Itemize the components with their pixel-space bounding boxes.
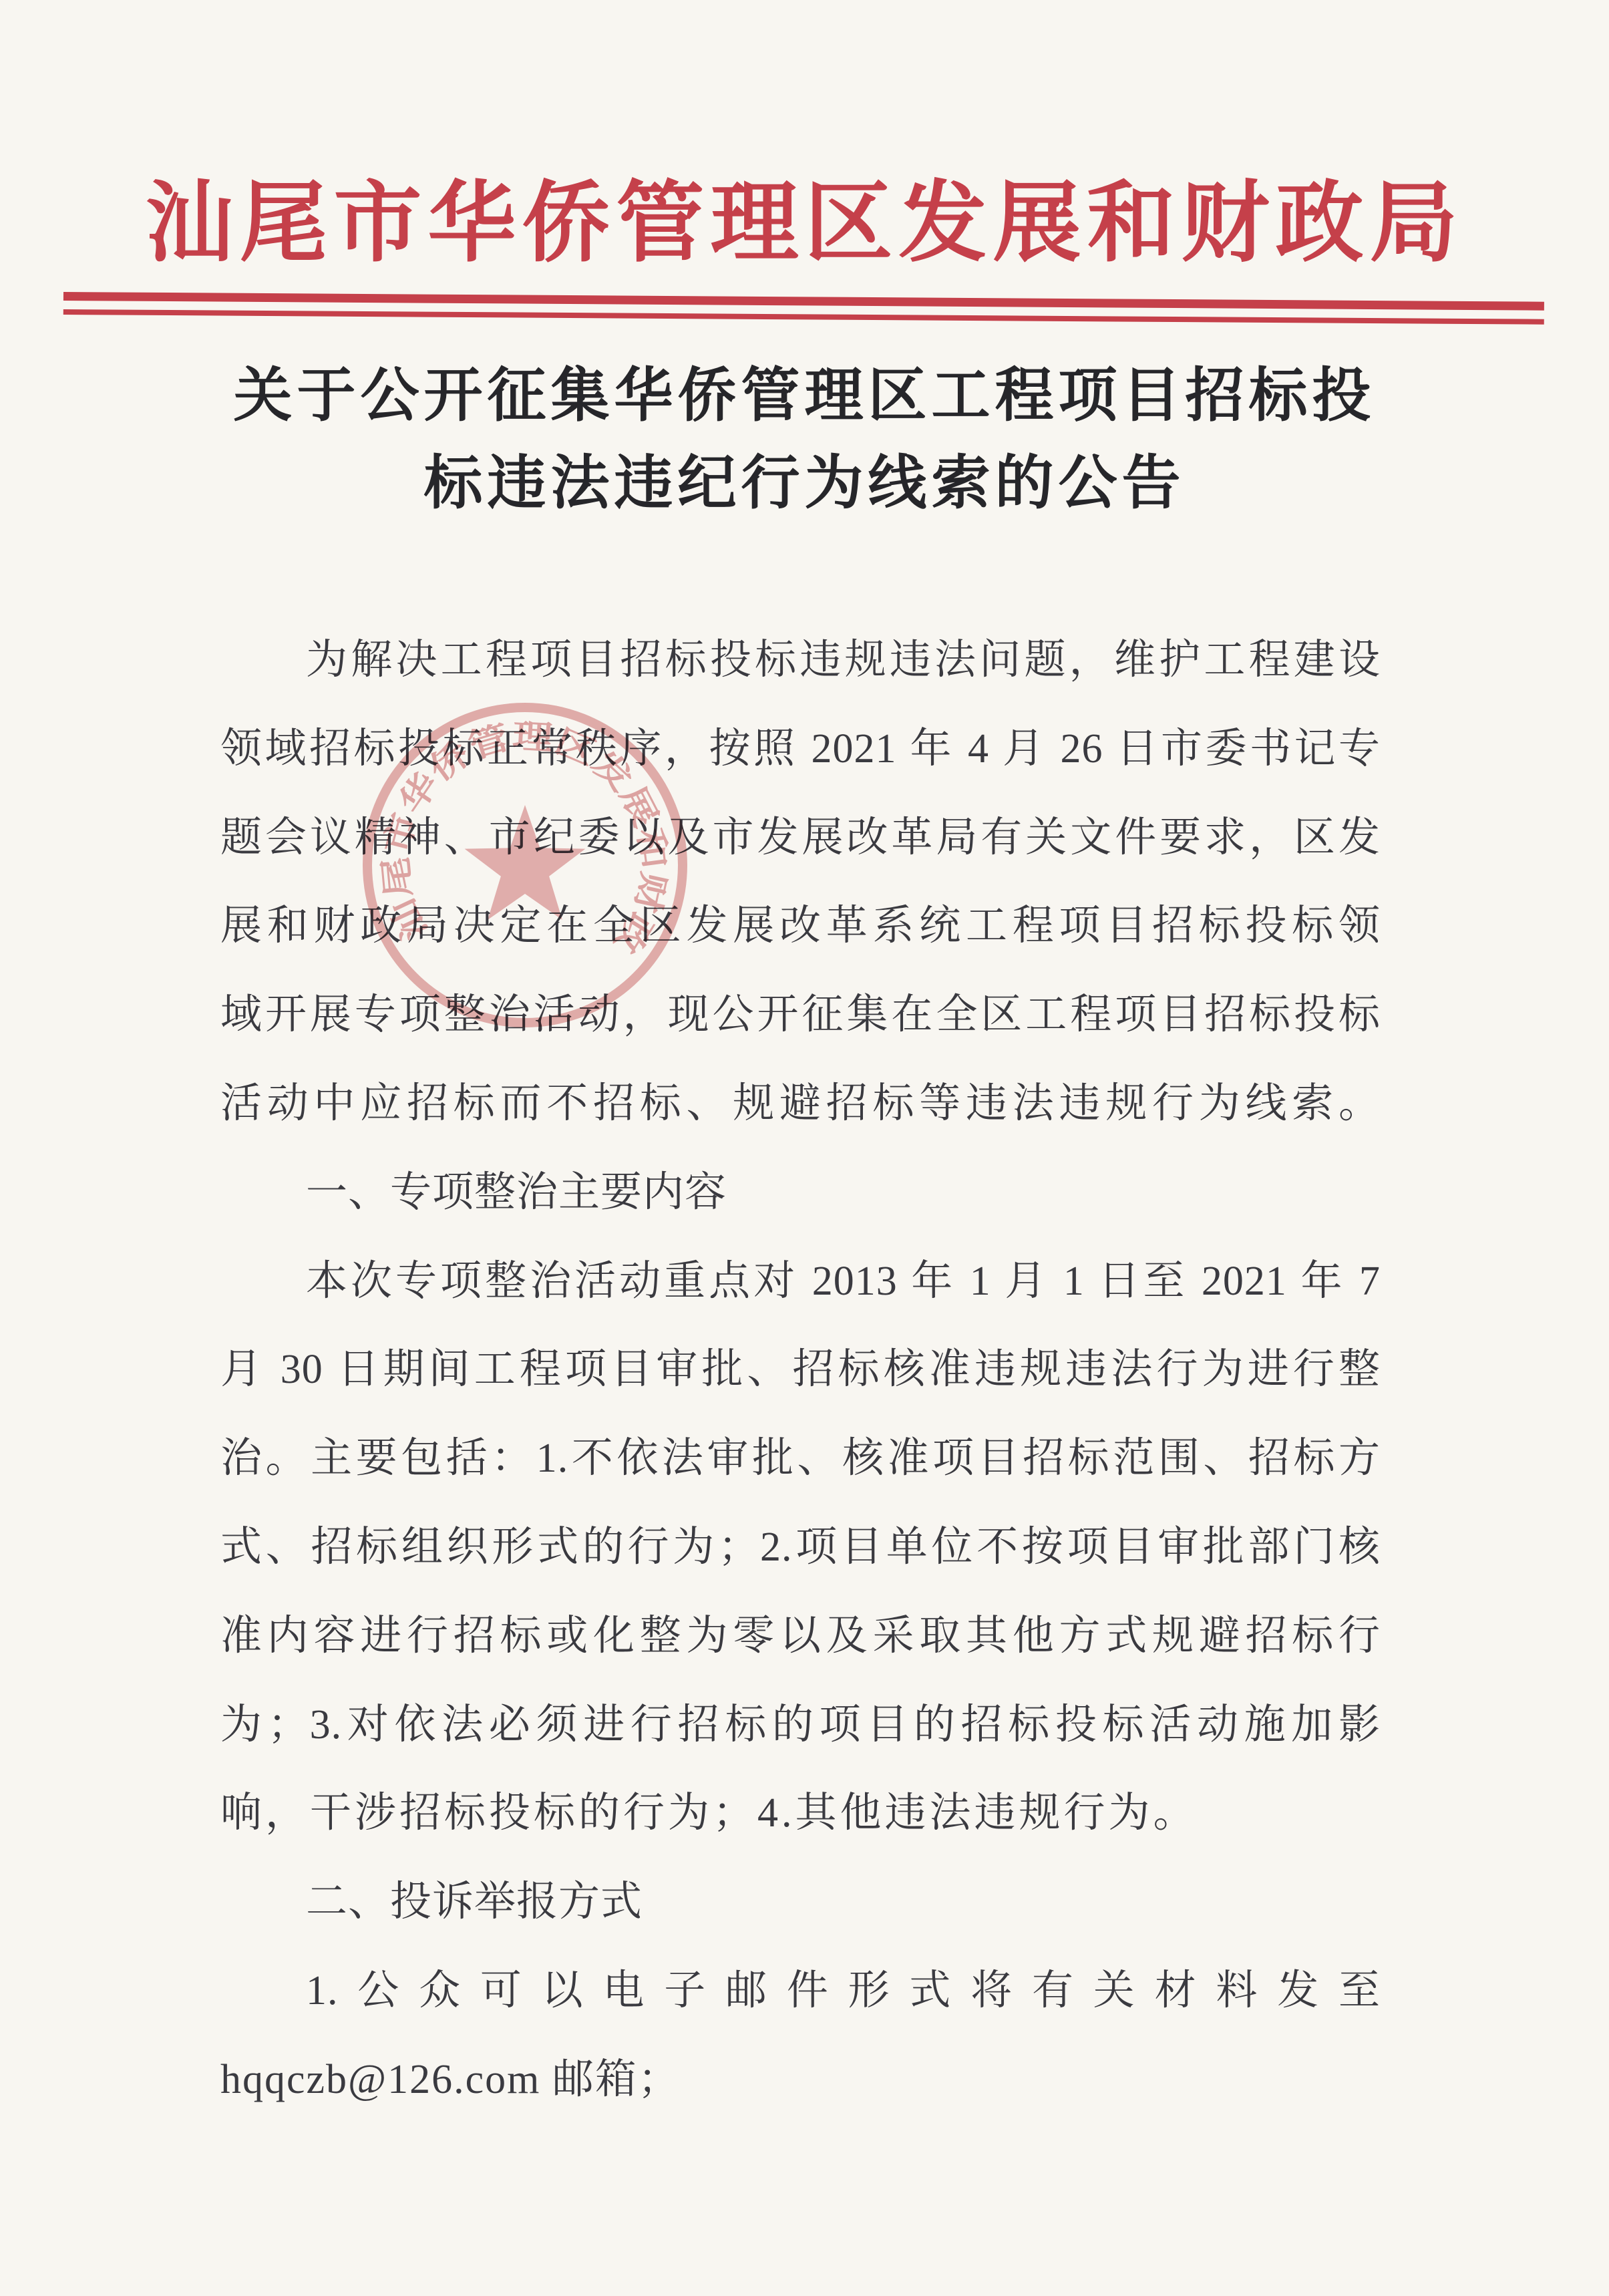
body-line: 式、招标组织形式的行为；2.项目单位不按项目审批部门核 bbox=[220, 1503, 1381, 1592]
body-line: 域开展专项整治活动，现公开征集在全区工程项目招标投标 bbox=[220, 971, 1381, 1059]
letterhead-org-name: 汕尾市华侨管理区发展和财政局 bbox=[0, 168, 1609, 279]
body-line: 题会议精神、市纪委以及市发展改革局有关文件要求，区发 bbox=[220, 794, 1381, 882]
letterhead-rule-thin bbox=[63, 309, 1544, 325]
body-line: 治。主要包括：1.不依法审批、核准项目招标范围、招标方 bbox=[220, 1414, 1381, 1503]
body-line: 响，干涉招标投标的行为；4.其他违法违规行为。 bbox=[220, 1769, 1381, 1858]
notice-body: 为解决工程项目招标投标违规违法问题，维护工程建设 领域招标投标正常秩序，按照 2… bbox=[220, 616, 1381, 2124]
body-heading-2: 二、投诉举报方式 bbox=[220, 1858, 1381, 1947]
scanned-notice-page: 汕尾市华侨管理区发展和财政局 关于公开征集华侨管理区工程项目招标投 标违法违纪行… bbox=[0, 0, 1609, 2296]
letterhead-rules bbox=[63, 292, 1544, 325]
notice-title: 关于公开征集华侨管理区工程项目招标投 标违法违纪行为线索的公告 bbox=[0, 351, 1609, 526]
body-line: 月 30 日期间工程项目审批、招标核准违规违法行为进行整 bbox=[220, 1325, 1381, 1414]
body-line-email: hqqczb@126.com 邮箱； bbox=[220, 2035, 1381, 2124]
body-line: 领域招标投标正常秩序，按照 2021 年 4 月 26 日市委书记专 bbox=[220, 705, 1381, 794]
body-line: 准内容进行招标或化整为零以及采取其他方式规避招标行 bbox=[220, 1592, 1381, 1681]
letterhead-rule-thick bbox=[63, 292, 1544, 311]
body-line: 为；3.对依法必须进行招标的项目的招标投标活动施加影 bbox=[220, 1681, 1381, 1770]
notice-title-line-1: 关于公开征集华侨管理区工程项目招标投 bbox=[0, 351, 1609, 439]
notice-title-line-2: 标违法违纪行为线索的公告 bbox=[0, 439, 1609, 526]
body-line: 本次专项整治活动重点对 2013 年 1 月 1 日至 2021 年 7 bbox=[220, 1237, 1381, 1326]
body-line: 活动中应招标而不招标、规避招标等违法违规行为线索。 bbox=[220, 1059, 1381, 1148]
body-line: 展和财政局决定在全区发展改革系统工程项目招标投标领 bbox=[220, 882, 1381, 971]
body-line: 为解决工程项目招标投标违规违法问题，维护工程建设 bbox=[220, 616, 1381, 705]
body-line: 1.公众可以电子邮件形式将有关材料发至 bbox=[220, 1947, 1381, 2035]
body-heading-1: 一、专项整治主要内容 bbox=[220, 1148, 1381, 1237]
